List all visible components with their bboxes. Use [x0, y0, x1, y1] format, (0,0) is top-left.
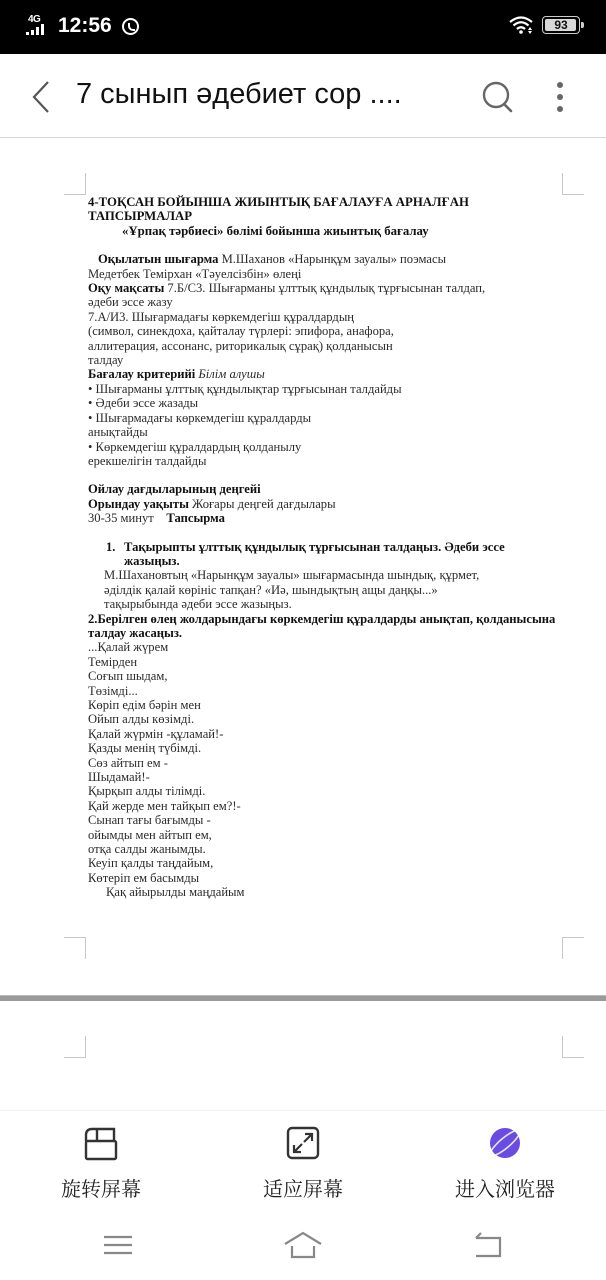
poem-line: Қырқып алды тілімді. — [88, 784, 558, 798]
back-icon[interactable] — [28, 80, 56, 114]
goal-label: Оқу мақсаты — [88, 281, 164, 295]
poem-line: Шыдамай!- — [88, 770, 558, 784]
system-nav-bar — [0, 1210, 606, 1280]
poem: ...Қалай жүремТемірденСоғып шыдам,Төзімд… — [88, 640, 558, 885]
criteria-item: ерекшелігін талдайды — [88, 454, 558, 468]
criteria-item: • Шығарманы ұлттық құндылықтар тұрғысына… — [88, 382, 558, 396]
rotate-screen-label: 旋转屏幕 — [61, 1173, 141, 1202]
thinking-label: Ойлау дағдыларының деңгейі — [88, 482, 558, 496]
doc-subheading: «Ұрпақ тәрбиесі» бөлімі бойынша жиынтық … — [88, 224, 558, 238]
task-1: 1. Тақырыпты ұлттық құндылық тұрғысынан … — [88, 540, 558, 569]
time-value: 30-35 минут — [88, 511, 154, 525]
whatsapp-notification-icon — [122, 18, 139, 35]
crop-mark — [562, 1036, 584, 1058]
criteria-item: анықтайды — [88, 425, 558, 439]
task-1-body: М.Шахановтың «Нарынқұм зауалы» шығармасы… — [88, 568, 558, 611]
criteria-item: • Көркемдегіш құралдардың қолданылу — [88, 440, 558, 454]
browser-planet-icon — [487, 1125, 523, 1161]
work-line-2: Медетбек Темірхан «Тәуелсізбін» өлеңі — [88, 267, 558, 281]
poem-line: Сынап тағы бағымды - — [88, 813, 558, 827]
poem-line: ойымды мен айтып ем, — [88, 828, 558, 842]
time-value-line: 30-35 минут Тапсырма — [88, 511, 558, 525]
wifi-icon — [508, 15, 534, 35]
menu-icon[interactable] — [98, 1230, 138, 1260]
poem-line: Ойып алды көзімді. — [88, 712, 558, 726]
crop-mark — [64, 173, 86, 195]
fit-screen-icon — [285, 1125, 321, 1161]
work-text: М.Шаханов «Нарынқұм зауалы» поэмасы — [218, 252, 446, 266]
status-right: 93 — [508, 15, 580, 35]
more-options-icon[interactable] — [552, 80, 568, 114]
goal-line: әдеби эссе жазу — [88, 295, 558, 309]
open-in-browser-button[interactable]: 进入浏览器 — [425, 1125, 585, 1202]
poem-line: Қазды менің түбімді. — [88, 741, 558, 755]
work-label: Оқылатын шығарма — [98, 252, 218, 266]
goal-line: 7.А/И3. Шығармадағы көркемдегіш құралдар… — [88, 310, 558, 324]
poem-line: Сөз айтып ем - — [88, 756, 558, 770]
goal-text: 7.Б/С3. Шығарманы ұлттық құндылық тұрғыс… — [164, 281, 485, 295]
thinking-value: Жоғары деңгей дағдылары — [189, 497, 336, 511]
doc-heading: 4-ТОҚСАН БОЙЫНША ЖИЫНТЫҚ БАҒАЛАУҒА АРНАЛ… — [88, 195, 558, 224]
battery-level: 93 — [554, 18, 567, 32]
task-1-body-line: М.Шахановтың «Нарынқұм зауалы» шығармасы… — [104, 568, 558, 582]
document-viewer[interactable]: 4-ТОҚСАН БОЙЫНША ЖИЫНТЫҚ БАҒАЛАУҒА АРНАЛ… — [0, 139, 606, 1109]
crop-mark — [64, 1036, 86, 1058]
crop-mark — [562, 937, 584, 959]
open-in-browser-label: 进入浏览器 — [455, 1173, 555, 1202]
task-2-title: 2.Берілген өлең жолдарындағы көркемдегіш… — [88, 612, 558, 641]
criteria-lines: • Шығарманы ұлттық құндылықтар тұрғысына… — [88, 382, 558, 468]
task-2-title-text: 2.Берілген өлең жолдарындағы көркемдегіш… — [88, 612, 555, 640]
poem-line: Қақ айырылды маңдайым — [88, 885, 558, 899]
bottom-toolbar: 旋转屏幕 适应屏幕 进入浏览器 — [0, 1110, 606, 1210]
criteria-item: • Әдеби эссе жазады — [88, 396, 558, 410]
criteria-item: • Шығармадағы көркемдегіш құралдарды — [88, 411, 558, 425]
work-line: Оқылатын шығарма М.Шаханов «Нарынқұм зау… — [88, 252, 558, 266]
goal-line: Оқу мақсаты 7.Б/С3. Шығарманы ұлттық құн… — [88, 281, 558, 295]
criteria-note: Білім алушы — [195, 367, 265, 381]
task-label: Тапсырма — [166, 511, 225, 525]
document-title: 7 сынып әдебиет сор .... — [76, 78, 402, 111]
app-bar: 7 сынып әдебиет сор .... — [0, 54, 606, 138]
goal-lines: әдеби эссе жазу7.А/И3. Шығармадағы көрке… — [88, 295, 558, 367]
status-left: 4G 12:56 — [26, 14, 139, 38]
poem-line: Көріп едім бәрін мен — [88, 698, 558, 712]
crop-mark — [64, 937, 86, 959]
page-divider — [0, 995, 606, 1001]
time-line: Орындау уақыты Жоғары деңгей дағдылары — [88, 497, 558, 511]
poem-line: Қай жерде мен тайқып ем?!- — [88, 799, 558, 813]
crop-mark — [562, 173, 584, 195]
rotate-screen-icon — [83, 1125, 119, 1161]
poem-line: Көтеріп ем басымды — [88, 871, 558, 885]
thinking-label-text: Ойлау дағдыларының деңгейі — [88, 482, 261, 496]
poem-line: отқа салды жанымды. — [88, 842, 558, 856]
rotate-screen-button[interactable]: 旋转屏幕 — [21, 1125, 181, 1202]
goal-line: аллитерация, ассонанс, риторикалық сұрақ… — [88, 339, 558, 353]
poem-line: Қалай жүрмін -құламай!- — [88, 727, 558, 741]
home-icon[interactable] — [283, 1230, 323, 1260]
time-label: Орындау уақыты — [88, 497, 189, 511]
goal-line: талдау — [88, 353, 558, 367]
criteria-line: Бағалау критерийі Білім алушы — [88, 367, 558, 381]
poem-line: Темірден — [88, 655, 558, 669]
fit-screen-button[interactable]: 适应屏幕 — [223, 1125, 383, 1202]
nav-back-icon[interactable] — [468, 1230, 508, 1260]
document-page: 4-ТОҚСАН БОЙЫНША ЖИЫНТЫҚ БАҒАЛАУҒА АРНАЛ… — [88, 195, 558, 900]
goal-line: (символ, синекдоха, қайталау түрлері: эп… — [88, 324, 558, 338]
status-bar: 4G 12:56 93 — [0, 0, 606, 54]
poem-line: Соғып шыдам, — [88, 669, 558, 683]
poem-line: Төзімді... — [88, 684, 558, 698]
battery-icon: 93 — [542, 16, 580, 34]
task-1-body-line: әділдік қалай көрініс тапқан? «Иә, шынды… — [104, 583, 558, 597]
task-1-title: Тақырыпты ұлттық құндылық тұрғысынан тал… — [124, 540, 558, 569]
poem-line: ...Қалай жүрем — [88, 640, 558, 654]
clock: 12:56 — [58, 14, 112, 38]
search-icon[interactable] — [480, 80, 514, 114]
criteria-label: Бағалау критерийі — [88, 367, 195, 381]
fit-screen-label: 适应屏幕 — [263, 1173, 343, 1202]
task-1-number: 1. — [106, 540, 124, 569]
poem-line: Кеуіп қалды таңдайым, — [88, 856, 558, 870]
cellular-signal-icon: 4G — [26, 15, 52, 37]
task-1-body-line: тақырыбында әдеби эссе жазыңыз. — [104, 597, 558, 611]
